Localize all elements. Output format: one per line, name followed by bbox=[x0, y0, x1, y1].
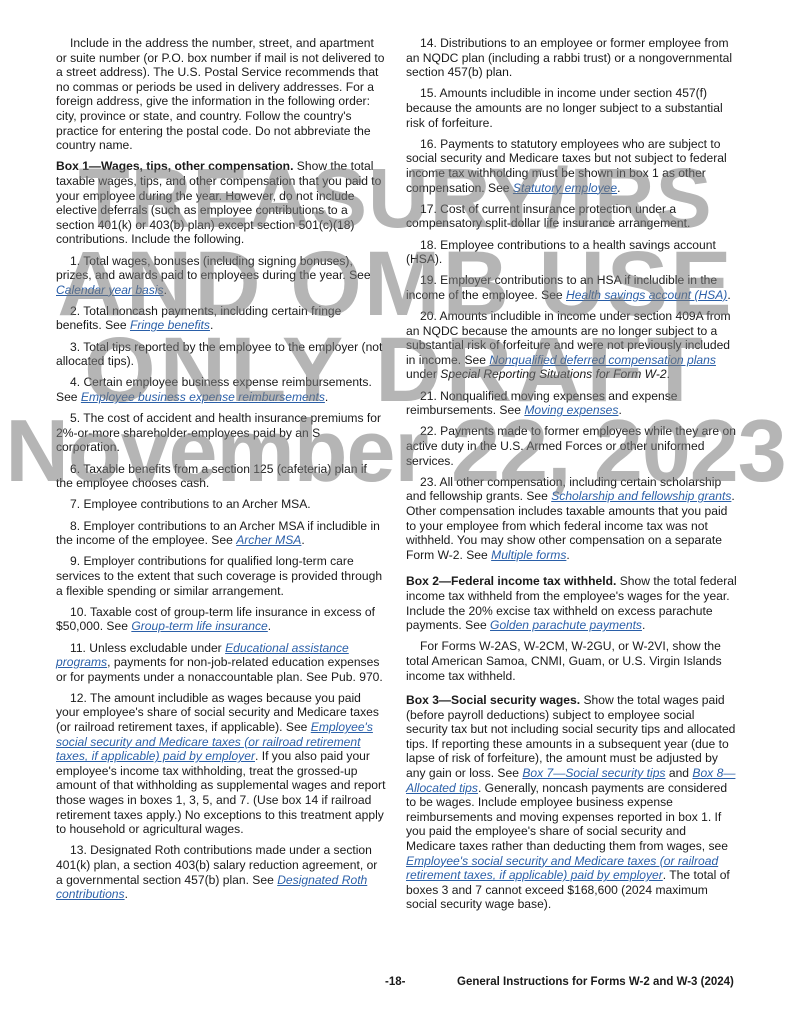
list-item-13: 13. Designated Roth contributions made u… bbox=[56, 843, 386, 901]
right-column: 14. Distributions to an employee or form… bbox=[406, 36, 739, 919]
list-item-2: 2. Total noncash payments, including cer… bbox=[56, 304, 386, 333]
calendar-year-basis-link[interactable]: Calendar year basis bbox=[56, 283, 164, 297]
box3-section: Box 3—Social security wages. Show the to… bbox=[406, 693, 739, 912]
page-number: -18- bbox=[385, 976, 405, 988]
address-paragraph: Include in the address the number, stree… bbox=[56, 36, 386, 153]
box1-heading: Box 1—Wages, tips, other compensation. bbox=[56, 159, 293, 173]
scholarship-grants-link[interactable]: Scholarship and fellowship grants bbox=[551, 489, 731, 503]
box2-section: Box 2—Federal income tax withheld. Show … bbox=[406, 574, 739, 632]
list-item-23: 23. All other compensation, including ce… bbox=[406, 475, 739, 563]
statutory-employee-link[interactable]: Statutory employee bbox=[513, 181, 617, 195]
golden-parachute-link[interactable]: Golden parachute payments bbox=[490, 618, 642, 632]
list-item-14: 14. Distributions to an employee or form… bbox=[406, 36, 739, 80]
list-item-12: 12. The amount includible as wages becau… bbox=[56, 691, 386, 837]
list-item-17: 17. Cost of current insurance protection… bbox=[406, 202, 739, 231]
list-item-11: 11. Unless excludable under Educational … bbox=[56, 641, 386, 685]
list-item-19: 19. Employer contributions to an HSA if … bbox=[406, 273, 739, 302]
list-item-9: 9. Employer contributions for qualified … bbox=[56, 554, 386, 598]
left-column: Include in the address the number, stree… bbox=[56, 36, 386, 908]
moving-expenses-link[interactable]: Moving expenses bbox=[524, 403, 618, 417]
box7-social-security-tips-link[interactable]: Box 7—Social security tips bbox=[522, 766, 665, 780]
fringe-benefits-link[interactable]: Fringe benefits bbox=[130, 318, 210, 332]
multiple-forms-link[interactable]: Multiple forms bbox=[491, 548, 566, 562]
list-item-16: 16. Payments to statutory employees who … bbox=[406, 137, 739, 195]
list-item-20: 20. Amounts includible in income under s… bbox=[406, 309, 739, 382]
archer-msa-link[interactable]: Archer MSA bbox=[236, 533, 301, 547]
box2-heading: Box 2—Federal income tax withheld. bbox=[406, 574, 616, 588]
list-item-18: 18. Employee contributions to a health s… bbox=[406, 238, 739, 267]
group-term-life-insurance-link[interactable]: Group-term life insurance bbox=[131, 619, 267, 633]
box3-heading: Box 3—Social security wages. bbox=[406, 693, 580, 707]
document-page: Include in the address the number, stree… bbox=[0, 0, 791, 1024]
list-item-4: 4. Certain employee business expense rei… bbox=[56, 375, 386, 404]
nqdc-plans-link[interactable]: Nonqualified deferred compensation plans bbox=[489, 353, 716, 367]
list-item-22: 22. Payments made to former employees wh… bbox=[406, 424, 739, 468]
list-item-6: 6. Taxable benefits from a section 125 (… bbox=[56, 462, 386, 491]
list-item-7: 7. Employee contributions to an Archer M… bbox=[56, 497, 386, 512]
list-item-1: 1. Total wages, bonuses (including signi… bbox=[56, 254, 386, 298]
list-item-21: 21. Nonqualified moving expenses and exp… bbox=[406, 389, 739, 418]
health-savings-account-link[interactable]: Health savings account (HSA) bbox=[566, 288, 727, 302]
box2-territories-paragraph: For Forms W-2AS, W-2CM, W-2GU, or W-2VI,… bbox=[406, 639, 739, 683]
list-item-3: 3. Total tips reported by the employee t… bbox=[56, 340, 386, 369]
list-item-15: 15. Amounts includible in income under s… bbox=[406, 86, 739, 130]
footer-title: General Instructions for Forms W-2 and W… bbox=[457, 976, 734, 988]
employee-business-expense-link[interactable]: Employee business expense reimbursements bbox=[81, 390, 325, 404]
list-item-5: 5. The cost of accident and health insur… bbox=[56, 411, 386, 455]
list-item-10: 10. Taxable cost of group-term life insu… bbox=[56, 605, 386, 634]
list-item-8: 8. Employer contributions to an Archer M… bbox=[56, 519, 386, 548]
box1-section: Box 1—Wages, tips, other compensation. S… bbox=[56, 159, 386, 247]
